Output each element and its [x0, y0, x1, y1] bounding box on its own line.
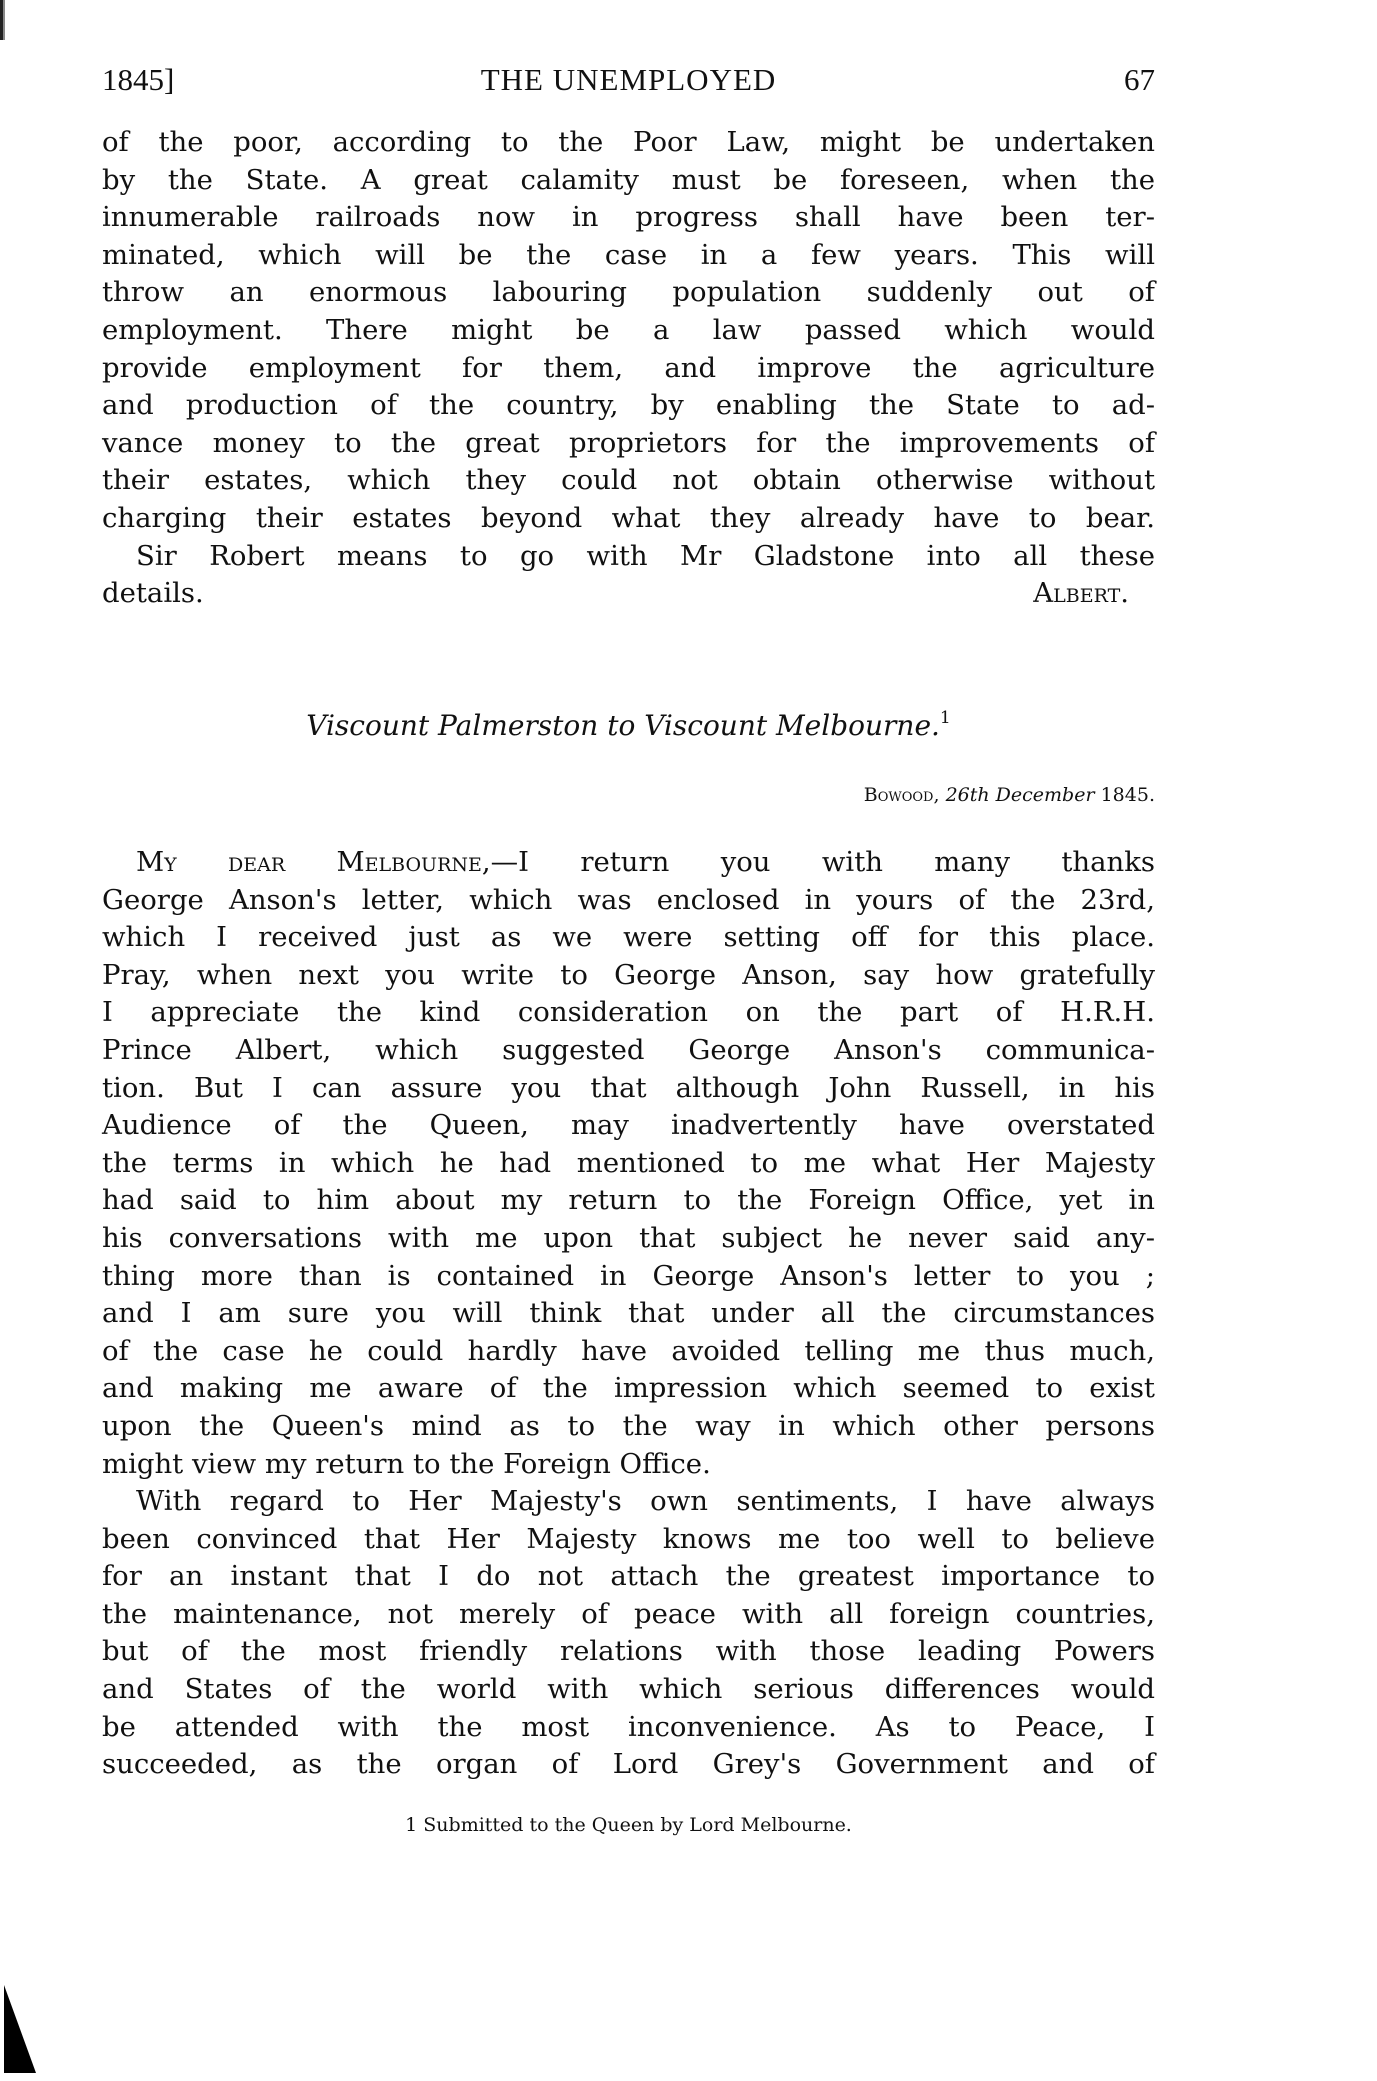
text-line: and I am sure you will think that under …	[102, 1295, 1155, 1333]
scan-edge-artifact-bottom	[4, 1985, 36, 2073]
text-line-rest: —I return you with many thanks	[491, 846, 1155, 878]
letter-title-text: Viscount Palmerston to Viscount Melbourn…	[306, 709, 940, 742]
text-line: had said to him about my return to the F…	[102, 1182, 1155, 1220]
text-line-with-signature: details. Albert.	[102, 575, 1155, 613]
text-line: tion. But I can assure you that although…	[102, 1070, 1155, 1108]
text-line: be attended with the most inconvenience.…	[102, 1709, 1155, 1747]
text-line: George Anson's letter, which was enclose…	[102, 882, 1155, 920]
text-line: of the poor, according to the Poor Law, …	[102, 124, 1155, 162]
salutation-line: My dear Melbourne,—I return you with man…	[102, 844, 1155, 882]
footnote-marker: 1	[940, 708, 951, 728]
footnote-text: Submitted to the Queen by Lord Melbourne…	[423, 1814, 852, 1836]
text-line: the maintenance, not merely of peace wit…	[102, 1596, 1155, 1634]
text-line: succeeded, as the organ of Lord Grey's G…	[102, 1746, 1155, 1784]
page-number: 67	[1124, 62, 1155, 98]
text-line: their estates, which they could not obta…	[102, 462, 1155, 500]
dateline-month: December	[996, 784, 1095, 806]
text-line: the terms in which he had mentioned to m…	[102, 1145, 1155, 1183]
text-line: might view my return to the Foreign Offi…	[102, 1446, 1155, 1484]
signature: Albert.	[1033, 575, 1129, 613]
text-line: minated, which will be the case in a few…	[102, 237, 1155, 275]
book-page: 1845] THE UNEMPLOYED 67 of the poor, acc…	[0, 0, 1377, 2081]
footnote-number: 1	[405, 1814, 417, 1836]
text-line: Prince Albert, which suggested George An…	[102, 1032, 1155, 1070]
text-line: vance money to the great proprietors for…	[102, 425, 1155, 463]
text-line: charging their estates beyond what they …	[102, 500, 1155, 538]
letter-body: My dear Melbourne,—I return you with man…	[102, 844, 1155, 1784]
running-head: 1845] THE UNEMPLOYED 67	[102, 62, 1155, 102]
section1-text: of the poor, according to the Poor Law, …	[102, 124, 1155, 613]
text-line: provide employment for them, and improve…	[102, 350, 1155, 388]
text-line: innumerable railroads now in progress sh…	[102, 199, 1155, 237]
text-line: employment. There might be a law passed …	[102, 312, 1155, 350]
text-line: his conversations with me upon that subj…	[102, 1220, 1155, 1258]
scan-edge-artifact-top	[0, 0, 8, 40]
dateline: Bowood, 26th December 1845.	[864, 784, 1155, 806]
text-line: Pray, when next you write to George Anso…	[102, 957, 1155, 995]
running-head-title: THE UNEMPLOYED	[102, 62, 1155, 98]
text-line: for an instant that I do not attach the …	[102, 1558, 1155, 1596]
dateline-place: Bowood,	[864, 784, 940, 806]
text-line: With regard to Her Majesty's own sentime…	[102, 1483, 1155, 1521]
text-line: of the case he could hardly have avoided…	[102, 1333, 1155, 1371]
text-line: by the State. A great calamity must be f…	[102, 162, 1155, 200]
salutation: My dear Melbourne,	[136, 846, 491, 878]
text-line: and production of the country, by enabli…	[102, 387, 1155, 425]
text-line: thing more than is contained in George A…	[102, 1258, 1155, 1296]
text-line: Audience of the Queen, may inadvertently…	[102, 1107, 1155, 1145]
text-line: and States of the world with which serio…	[102, 1671, 1155, 1709]
text-line: but of the most friendly relations with …	[102, 1633, 1155, 1671]
dateline-day: 26th	[946, 784, 990, 806]
text-line: which I received just as we were setting…	[102, 919, 1155, 957]
letter-title: Viscount Palmerston to Viscount Melbourn…	[102, 708, 1155, 742]
dateline-year: 1845.	[1101, 784, 1155, 806]
text-line: upon the Queen's mind as to the way in w…	[102, 1408, 1155, 1446]
text-line: Sir Robert means to go with Mr Gladstone…	[102, 538, 1155, 576]
text-line: and making me aware of the impression wh…	[102, 1370, 1155, 1408]
text-line: been convinced that Her Majesty knows me…	[102, 1521, 1155, 1559]
text-line: I appreciate the kind consideration on t…	[102, 994, 1155, 1032]
text-line: throw an enormous labouring population s…	[102, 274, 1155, 312]
footnote: 1 Submitted to the Queen by Lord Melbour…	[102, 1814, 1155, 1836]
text-line-end: details.	[102, 577, 204, 609]
